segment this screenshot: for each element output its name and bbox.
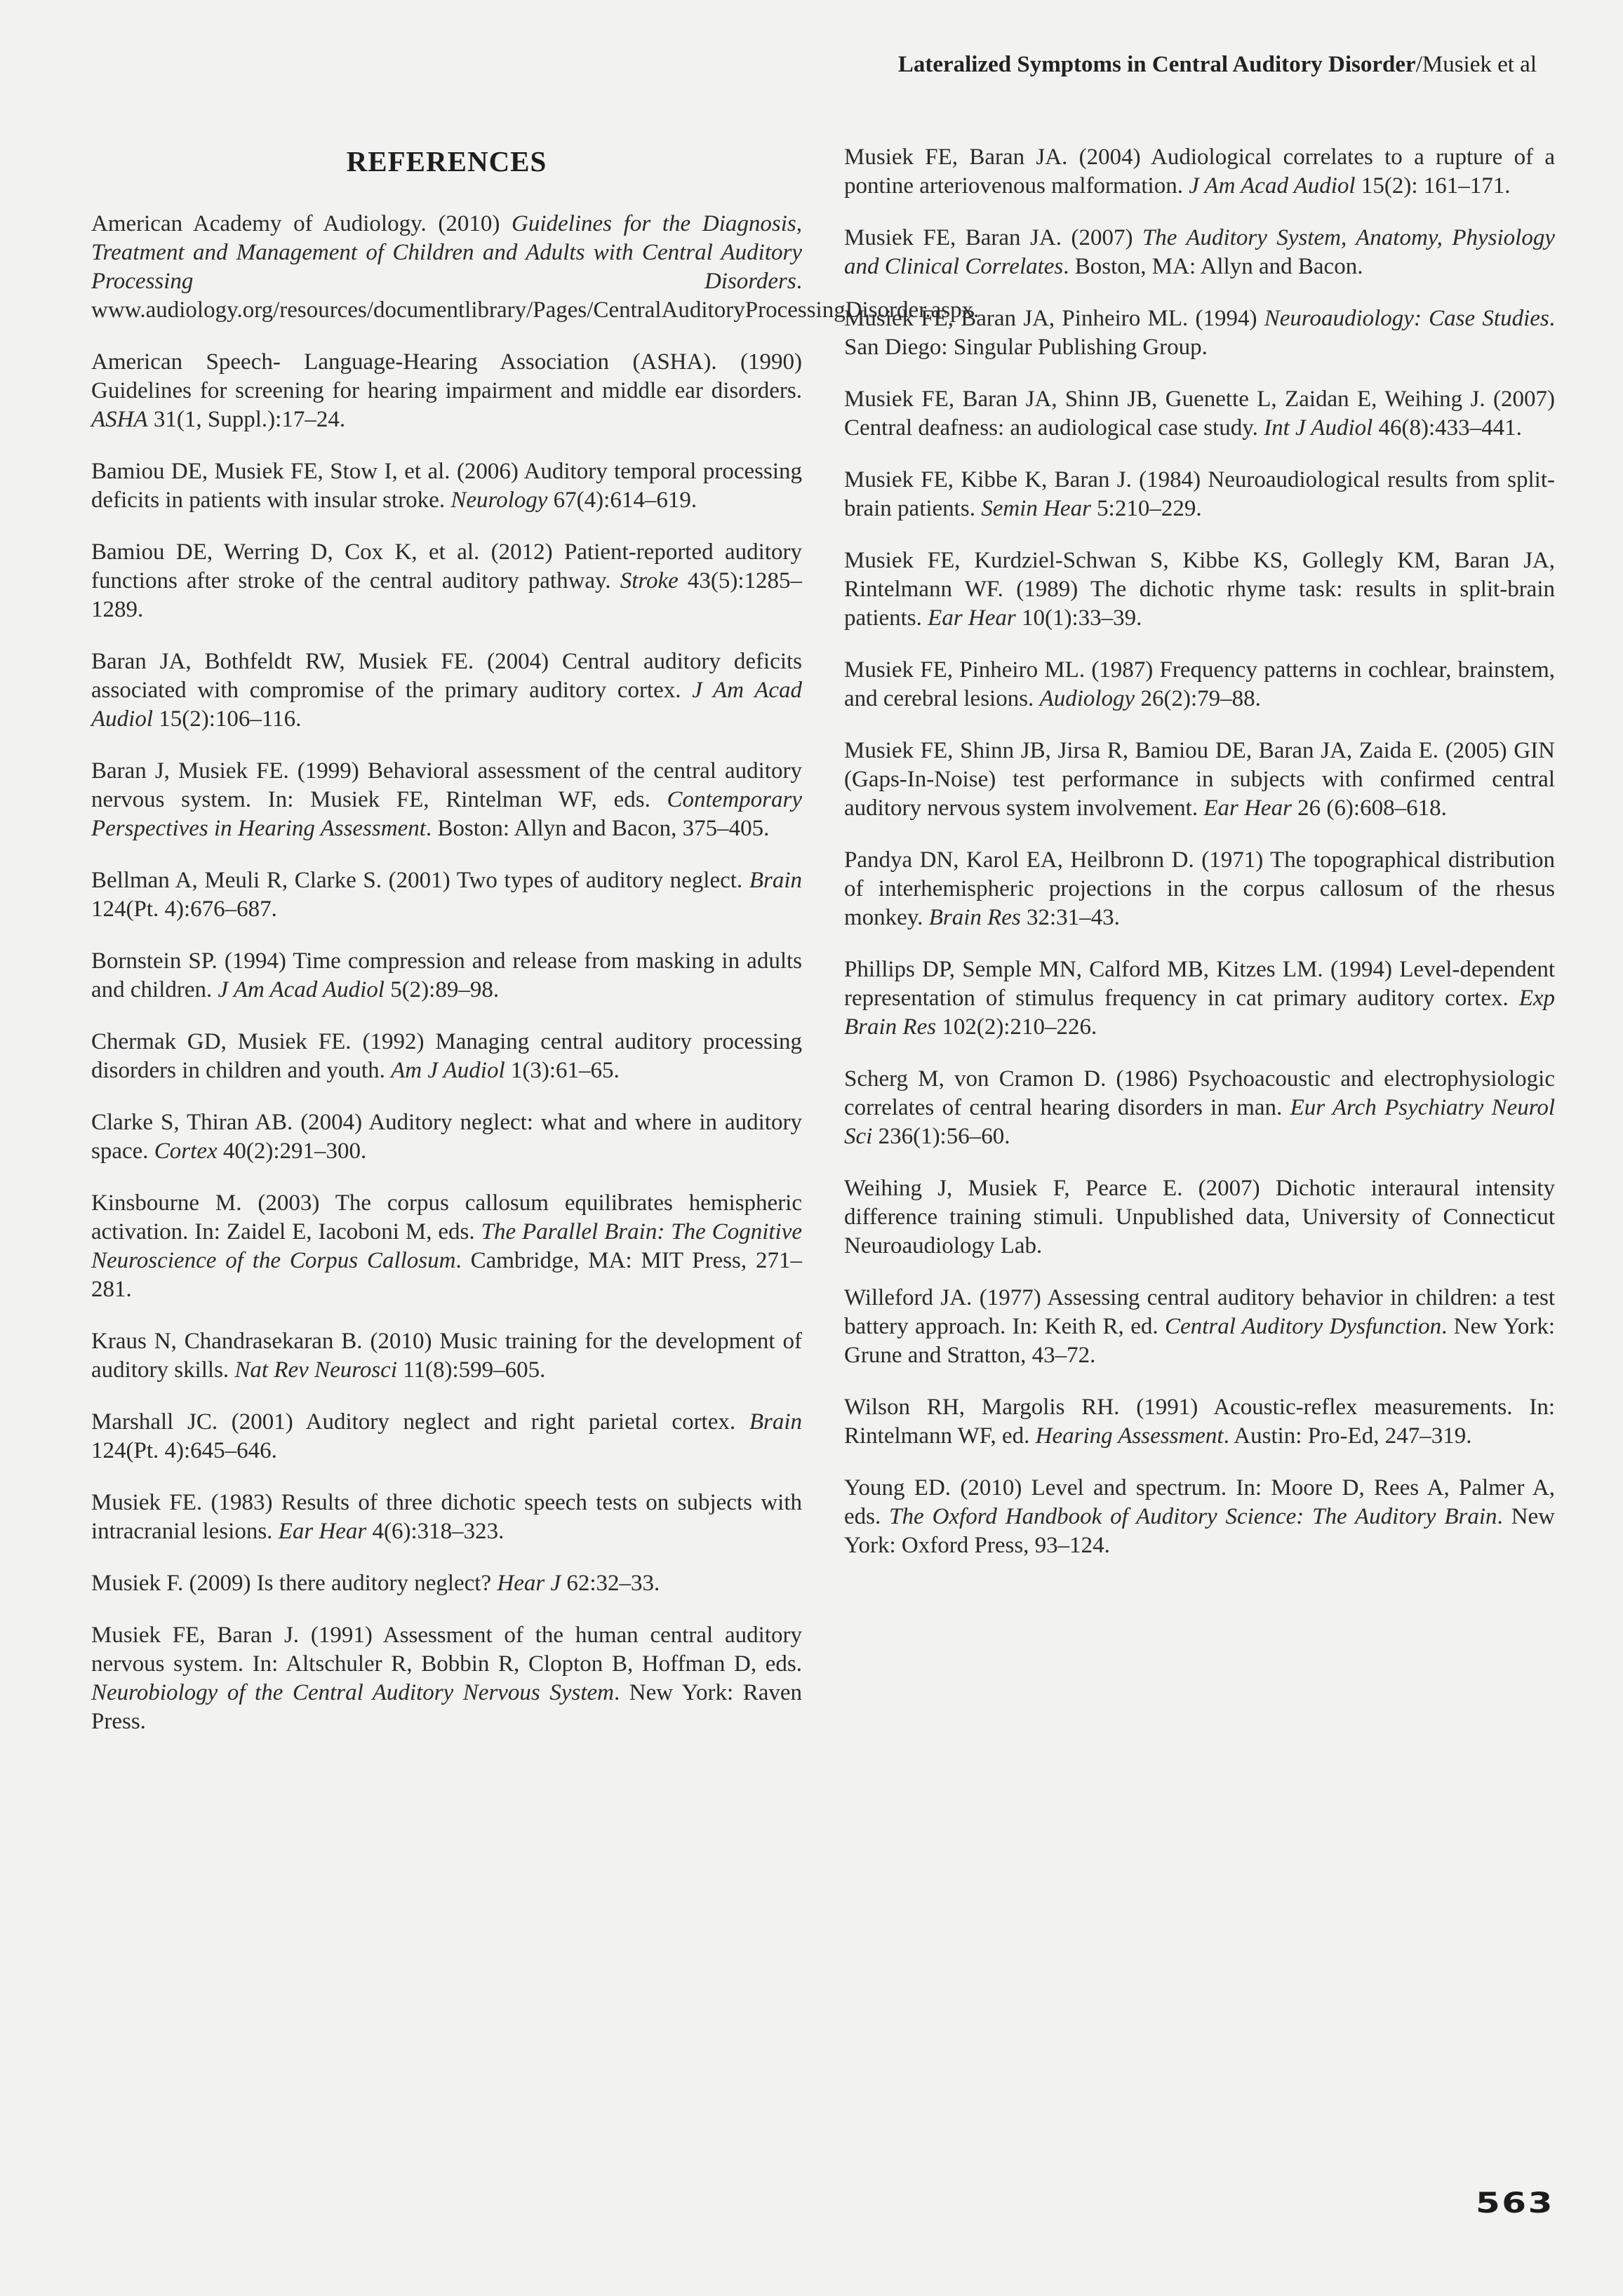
reference-text: 26 (6):608–618. [1292, 795, 1447, 821]
reference-source-title: Neuroaudiology: Case Studies [1264, 306, 1549, 331]
reference-entry: Kraus N, Chandrasekaran B. (2010) Music … [91, 1327, 802, 1385]
reference-entry: American Speech- Language-Hearing Associ… [91, 348, 802, 434]
reference-entry: Wilson RH, Margolis RH. (1991) Acoustic-… [844, 1393, 1555, 1451]
reference-source-title: Ear Hear [279, 1519, 367, 1544]
reference-text: Musiek FE, Baran JA. (2007) [844, 225, 1142, 250]
reference-text: 67(4):614–619. [547, 488, 697, 513]
reference-text: 40(2):291–300. [218, 1139, 367, 1164]
reference-entry: Chermak GD, Musiek FE. (1992) Managing c… [91, 1028, 802, 1085]
running-head-title: Lateralized Symptoms in Central Auditory… [898, 52, 1416, 77]
reference-text: American Speech- Language-Hearing Associ… [91, 349, 802, 403]
reference-entry: Musiek FE, Baran JA, Shinn JB, Guenette … [844, 385, 1555, 443]
reference-entry: Willeford JA. (1977) Assessing central a… [844, 1284, 1555, 1370]
reference-entry: Weihing J, Musiek F, Pearce E. (2007) Di… [844, 1174, 1555, 1261]
reference-text: 4(6):318–323. [366, 1519, 504, 1544]
reference-source-title: Semin Hear [981, 496, 1091, 521]
reference-entry: Musiek FE, Baran J. (1991) Assessment of… [91, 1621, 802, 1736]
reference-entry: Musiek FE, Baran JA, Pinheiro ML. (1994)… [844, 304, 1555, 362]
reference-source-title: Stroke [620, 568, 679, 593]
reference-entry: Musiek FE. (1983) Results of three dicho… [91, 1489, 802, 1546]
reference-entry: Phillips DP, Semple MN, Calford MB, Kitz… [844, 955, 1555, 1042]
reference-text: 31(1, Suppl.):17–24. [148, 407, 345, 432]
reference-source-title: Brain Res [929, 905, 1021, 930]
reference-text: . Boston, MA: Allyn and Bacon. [1063, 254, 1363, 279]
reference-source-title: Hear J [497, 1571, 561, 1596]
reference-entry: Clarke S, Thiran AB. (2004) Auditory neg… [91, 1108, 802, 1166]
reference-source-title: Hearing Assessment [1036, 1423, 1224, 1449]
reference-entry: Musiek FE, Kibbe K, Baran J. (1984) Neur… [844, 466, 1555, 523]
references-column-right: Musiek FE, Baran JA. (2004) Audiological… [844, 143, 1555, 1583]
reference-entry: Musiek FE, Baran JA. (2007) The Auditory… [844, 224, 1555, 281]
reference-text: 1(3):61–65. [505, 1058, 620, 1083]
reference-text: Marshall JC. (2001) Auditory neglect and… [91, 1409, 749, 1435]
reference-text: American Academy of Audiology. (2010) [91, 211, 512, 236]
reference-source-title: J Am Acad Audiol [1189, 173, 1355, 199]
reference-entry: American Academy of Audiology. (2010) Gu… [91, 210, 802, 325]
reference-entry: Musiek F. (2009) Is there auditory negle… [91, 1569, 802, 1598]
running-head-authors: /Musiek et al [1416, 52, 1537, 77]
reference-entry: Marshall JC. (2001) Auditory neglect and… [91, 1408, 802, 1465]
reference-text: 62:32–33. [561, 1571, 660, 1596]
reference-entry: Bornstein SP. (1994) Time compression an… [91, 947, 802, 1005]
reference-source-title: Neurology [450, 488, 547, 513]
reference-entry: Bamiou DE, Musiek FE, Stow I, et al. (20… [91, 457, 802, 515]
reference-text: 124(Pt. 4):676–687. [91, 897, 277, 922]
reference-text: 15(2):106–116. [153, 706, 301, 732]
reference-source-title: Nat Rev Neurosci [234, 1357, 397, 1383]
reference-text: Musiek FE, Baran JA, Pinheiro ML. (1994) [844, 306, 1264, 331]
reference-entry: Bamiou DE, Werring D, Cox K, et al. (201… [91, 538, 802, 624]
reference-source-title: Int J Audiol [1264, 415, 1372, 441]
reference-entry: Musiek FE, Kurdziel-Schwan S, Kibbe KS, … [844, 546, 1555, 633]
reference-source-title: Audiology [1040, 686, 1135, 711]
reference-entry: Musiek FE, Shinn JB, Jirsa R, Bamiou DE,… [844, 737, 1555, 823]
reference-text: 5(2):89–98. [385, 977, 499, 1002]
reference-text: 5:210–229. [1091, 496, 1202, 521]
reference-source-title: Neurobiology of the Central Auditory Ner… [91, 1680, 614, 1705]
reference-text: Weihing J, Musiek F, Pearce E. (2007) Di… [844, 1176, 1555, 1258]
reference-text: Musiek FE, Baran J. (1991) Assessment of… [91, 1623, 802, 1677]
reference-text: 124(Pt. 4):645–646. [91, 1438, 277, 1463]
reference-text: Phillips DP, Semple MN, Calford MB, Kitz… [844, 957, 1555, 1011]
reference-text: 32:31–43. [1021, 905, 1120, 930]
reference-text: 15(2): 161–171. [1356, 173, 1511, 199]
reference-entry: Musiek FE, Baran JA. (2004) Audiological… [844, 143, 1555, 201]
reference-entry: Bellman A, Meuli R, Clarke S. (2001) Two… [91, 866, 802, 924]
reference-source-title: Cortex [154, 1139, 218, 1164]
reference-text: . Austin: Pro-Ed, 247–319. [1224, 1423, 1472, 1449]
reference-text: 236(1):56–60. [872, 1124, 1010, 1149]
reference-source-title: Central Auditory Dysfunction [1165, 1314, 1441, 1339]
reference-list-left: American Academy of Audiology. (2010) Gu… [91, 210, 802, 1736]
reference-text: Musiek F. (2009) Is there auditory negle… [91, 1571, 497, 1596]
running-head: Lateralized Symptoms in Central Auditory… [898, 51, 1537, 79]
reference-text: 11(8):599–605. [397, 1357, 545, 1383]
reference-entry: Musiek FE, Pinheiro ML. (1987) Frequency… [844, 656, 1555, 713]
reference-source-title: Brain [749, 868, 802, 893]
reference-source-title: J Am Acad Audiol [218, 977, 385, 1002]
reference-text: 10(1):33–39. [1016, 605, 1142, 631]
reference-source-title: Brain [749, 1409, 802, 1435]
page-number: 563 [1476, 2187, 1554, 2220]
reference-entry: Pandya DN, Karol EA, Heilbronn D. (1971)… [844, 846, 1555, 932]
reference-text: Musiek FE, Shinn JB, Jirsa R, Bamiou DE,… [844, 738, 1555, 821]
reference-source-title: The Oxford Handbook of Auditory Science:… [889, 1504, 1497, 1529]
reference-text: 46(8):433–441. [1372, 415, 1522, 441]
reference-text: 26(2):79–88. [1135, 686, 1261, 711]
reference-entry: Kinsbourne M. (2003) The corpus callosum… [91, 1189, 802, 1304]
references-column-left: REFERENCES American Academy of Audiology… [91, 144, 802, 1759]
reference-entry: Baran J, Musiek FE. (1999) Behavioral as… [91, 757, 802, 843]
reference-entry: Baran JA, Bothfeldt RW, Musiek FE. (2004… [91, 647, 802, 734]
reference-text: . Boston: Allyn and Bacon, 375–405. [426, 816, 770, 841]
reference-text: 102(2):210–226. [936, 1014, 1097, 1040]
reference-list-right: Musiek FE, Baran JA. (2004) Audiological… [844, 143, 1555, 1560]
reference-entry: Scherg M, von Cramon D. (1986) Psychoaco… [844, 1065, 1555, 1151]
reference-text: Bellman A, Meuli R, Clarke S. (2001) Two… [91, 868, 749, 893]
reference-source-title: Ear Hear [1203, 795, 1292, 821]
reference-source-title: Ear Hear [928, 605, 1016, 631]
reference-source-title: Am J Audiol [391, 1058, 505, 1083]
reference-entry: Young ED. (2010) Level and spectrum. In:… [844, 1474, 1555, 1560]
references-heading: REFERENCES [91, 144, 802, 179]
reference-source-title: ASHA [91, 407, 148, 432]
